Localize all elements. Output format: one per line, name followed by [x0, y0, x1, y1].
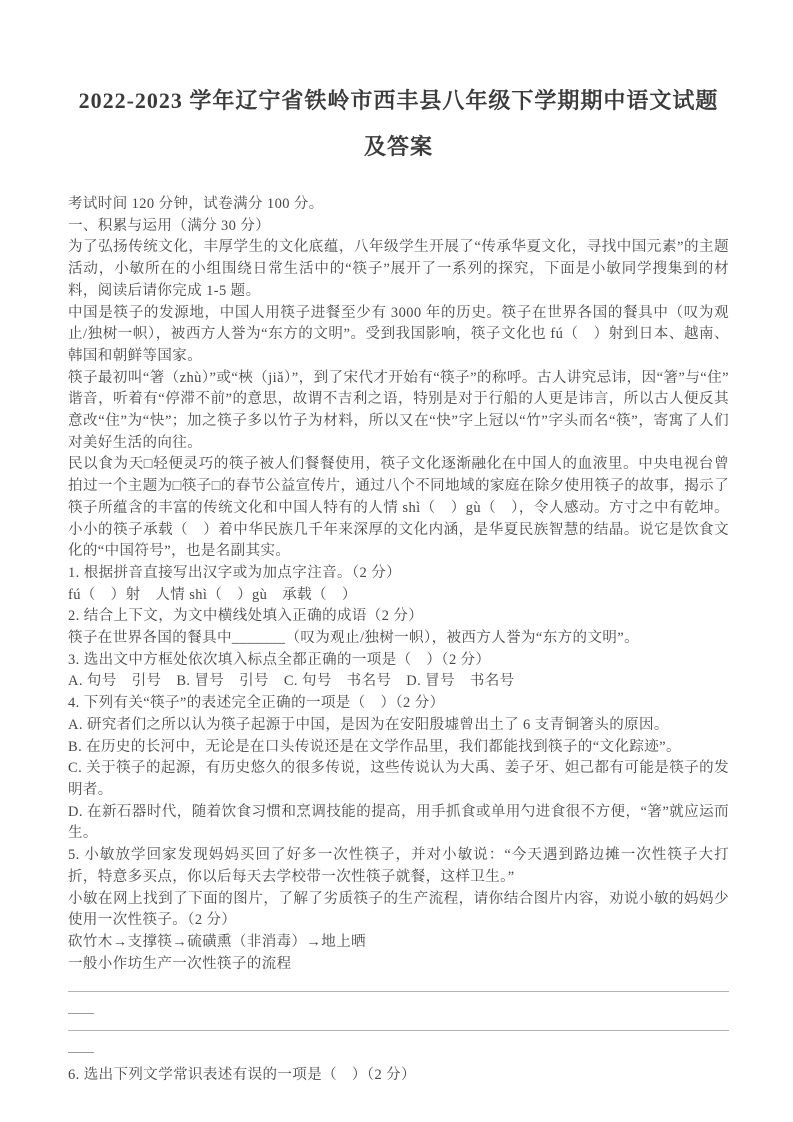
question-1: 1. 根据拼音直接写出汉字或为加点字注音。（2 分）: [68, 563, 729, 585]
exam-info: 考试时间 120 分钟，试卷满分 100 分。: [68, 194, 729, 216]
answer-line-long-1: [68, 975, 729, 992]
question-2: 2. 结合上下文，为文中横线处填入正确的成语（2 分）: [68, 606, 729, 628]
question-3-options: A. 句号 引号 B. 冒号 引号 C. 句号 书名号 D. 冒号 书名号: [68, 671, 729, 693]
question-5-instruction: 小敏在网上找到了下面的图片，了解了劣质筷子的生产流程，请你结合图片内容，劝说小敏…: [68, 889, 729, 932]
answer-line-long-2: [68, 1014, 729, 1031]
page-title: 2022-2023 学年辽宁省铁岭市西丰县八年级下学期期中语文试题及答案: [68, 78, 729, 170]
material-paragraph-3: 民以食为天□轻便灵巧的筷子被人们餐餐使用，筷子文化逐渐融化在中国人的血液里。中央…: [68, 454, 729, 563]
question-5: 5. 小敏放学回家发现妈妈买回了好多一次性筷子，并对小敏说：“今天遇到路边摊一次…: [68, 845, 729, 888]
chopstick-process-flow: 砍竹木→支撑筷→硫磺熏（非消毒）→地上晒: [68, 932, 729, 954]
answer-line-short-1: [68, 992, 94, 1014]
question-3: 3. 选出文中方框处依次填入标点全都正确的一项是（ ）（2 分）: [68, 650, 729, 672]
question-2-sentence: 筷子在世界各国的餐具中_______（叹为观止/独树一帜），被西方人誉为“东方的…: [68, 628, 729, 650]
question-6: 6. 选出下列文学常识表述有误的一项是（ ）（2 分）: [68, 1065, 729, 1087]
answer-line-short-2: [68, 1031, 94, 1053]
question-4-option-b: B. 在历史的长河中，无论是在口头传说还是在文学作品里，我们都能找到筷子的“文化…: [68, 737, 729, 759]
exam-document-page: 2022-2023 学年辽宁省铁岭市西丰县八年级下学期期中语文试题及答案 考试时…: [0, 0, 793, 1087]
question-1-items: fú（ ）射 人情 shì（ ）gù 承载（ ）: [68, 585, 729, 607]
document-body: 考试时间 120 分钟，试卷满分 100 分。 一、积累与运用（满分 30 分）…: [68, 194, 729, 1087]
question-4-option-d: D. 在新石器时代，随着饮食习惯和烹调技能的提高，用手抓食或单用勺进食很不方便，…: [68, 802, 729, 845]
question-4: 4. 下列有关“筷子”的表述完全正确的一项是（ ）（2 分）: [68, 693, 729, 715]
question-4-option-c: C. 关于筷子的起源，有历史悠久的很多传说，这些传说认为大禹、姜子牙、妲己都有可…: [68, 758, 729, 801]
intro-paragraph: 为了弘扬传统文化，丰厚学生的文化底蕴，八年级学生开展了“传承华夏文化，寻找中国元…: [68, 237, 729, 302]
flow-caption: 一般小作坊生产一次性筷子的流程: [68, 954, 729, 976]
material-paragraph-2: 筷子最初叫“箸（zhù）”或“梜（jiǎ）”，到了宋代才开始有“筷子”的称呼。古…: [68, 368, 729, 455]
answer-blank-area: [68, 975, 729, 1053]
question-4-option-a: A. 研究者们之所以认为筷子起源于中国，是因为在安阳殷墟曾出土了 6 支青铜箸头…: [68, 715, 729, 737]
material-paragraph-1: 中国是筷子的发源地，中国人用筷子进餐至少有 3000 年的历史。筷子在世界各国的…: [68, 303, 729, 368]
section-heading: 一、积累与运用（满分 30 分）: [68, 216, 729, 238]
